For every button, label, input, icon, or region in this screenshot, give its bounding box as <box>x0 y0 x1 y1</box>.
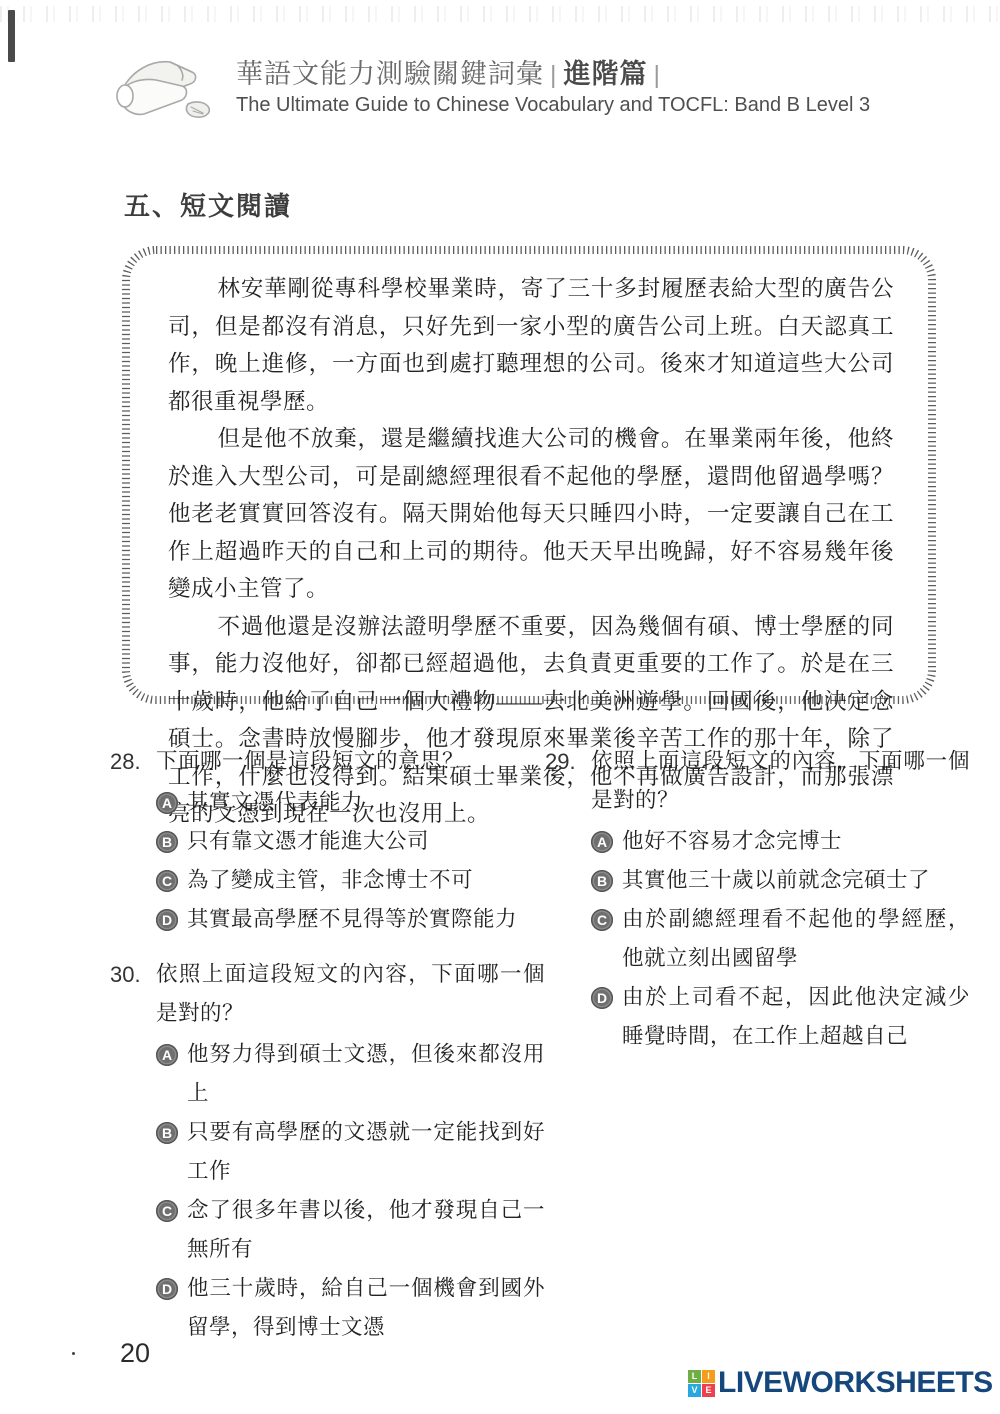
question-28: 28. 下面哪一個是這段短文的意思？ A 其實文憑代表能力 B 只有靠文憑才能進… <box>110 742 545 939</box>
passage-paragraph-1: 林安華剛從專科學校畢業時，寄了三十多封履歷表給大型的廣告公司，但是都沒有消息，只… <box>168 270 894 420</box>
question-30: 30. 依照上面這段短文的內容，下面哪一個是對的？ A 他努力得到碩士文憑，但後… <box>110 955 545 1347</box>
option-text: 他好不容易才念完博士 <box>622 822 970 861</box>
option-badge-d: D <box>591 987 613 1009</box>
book-title-zh: 華語文能力測驗關鍵詞彙|進階篇| <box>236 58 870 90</box>
scan-noise-band <box>0 6 1000 22</box>
option-text: 其實最高學歷不見得等於實際能力 <box>187 900 545 939</box>
liveworksheets-logo-icon: L I V E <box>688 1370 715 1397</box>
option-badge-a: A <box>156 792 178 814</box>
option-28-c: C 為了變成主管，非念博士不可 <box>156 861 545 900</box>
questions-column-right: 29. 依照上面這段短文的內容，下面哪一個是對的？ A 他好不容易才念完博士 B… <box>545 742 970 1347</box>
option-29-b: B 其實他三十歲以前就念完碩士了 <box>591 861 970 900</box>
option-30-c: C 念了很多年書以後，他才發現自己一無所有 <box>156 1191 545 1269</box>
scanned-workbook-page: { "header": { "series_title": "華語文能力測驗關鍵… <box>0 0 1000 1414</box>
option-badge-c: C <box>591 909 613 931</box>
series-title: 華語文能力測驗關鍵詞彙 <box>236 59 544 89</box>
option-text: 只要有高學歷的文憑就一定能找到好工作 <box>187 1113 545 1191</box>
logo-tile-i: I <box>702 1370 715 1383</box>
option-badge-b: B <box>156 1122 178 1144</box>
option-text: 為了變成主管，非念博士不可 <box>187 861 545 900</box>
option-text: 只有靠文憑才能進大公司 <box>187 822 545 861</box>
option-badge-d: D <box>156 909 178 931</box>
questions-section: 28. 下面哪一個是這段短文的意思？ A 其實文憑代表能力 B 只有靠文憑才能進… <box>110 742 970 1347</box>
option-text: 他三十歲時，給自己一個機會到國外留學，得到博士文憑 <box>187 1269 545 1347</box>
reading-passage-box: 林安華剛從專科學校畢業時，寄了三十多封履歷表給大型的廣告公司，但是都沒有消息，只… <box>120 244 938 706</box>
option-badge-c: C <box>156 1200 178 1222</box>
title-divider-2: | <box>654 61 662 89</box>
section-title: 五、短文閱讀 <box>124 186 292 223</box>
option-29-d: D 由於上司看不起，因此他決定減少睡覺時間，在工作上超越自己 <box>591 978 970 1056</box>
question-29: 29. 依照上面這段短文的內容，下面哪一個是對的？ A 他好不容易才念完博士 B… <box>545 742 970 1056</box>
option-badge-a: A <box>156 1044 178 1066</box>
option-28-a: A 其實文憑代表能力 <box>156 783 545 822</box>
option-text: 念了很多年書以後，他才發現自己一無所有 <box>187 1191 545 1269</box>
option-text: 他努力得到碩士文憑，但後來都沒用上 <box>187 1035 545 1113</box>
header-titles: 華語文能力測驗關鍵詞彙|進階篇| The Ultimate Guide to C… <box>236 52 870 117</box>
option-text: 其實他三十歲以前就念完碩士了 <box>622 861 970 900</box>
question-spacer <box>110 939 545 955</box>
option-text: 由於副總經理看不起他的學經歷，他就立刻出國留學 <box>622 900 970 978</box>
scan-dot <box>72 1352 75 1355</box>
questions-column-left: 28. 下面哪一個是這段短文的意思？ A 其實文憑代表能力 B 只有靠文憑才能進… <box>110 742 545 1347</box>
question-29-options: A 他好不容易才念完博士 B 其實他三十歲以前就念完碩士了 C 由於副總經理看不… <box>591 822 970 1056</box>
question-29-number: 29. <box>545 742 591 781</box>
option-badge-b: B <box>156 831 178 853</box>
question-30-text: 依照上面這段短文的內容，下面哪一個是對的？ <box>156 955 545 1033</box>
option-text: 其實文憑代表能力 <box>187 783 545 822</box>
option-badge-d: D <box>156 1278 178 1300</box>
volume-title: 進階篇 <box>564 59 648 89</box>
option-badge-c: C <box>156 870 178 892</box>
logo-tile-e: E <box>702 1384 715 1397</box>
option-28-b: B 只有靠文憑才能進大公司 <box>156 822 545 861</box>
option-text: 由於上司看不起，因此他決定減少睡覺時間，在工作上超越自己 <box>622 978 970 1056</box>
question-30-options: A 他努力得到碩士文憑，但後來都沒用上 B 只要有高學歷的文憑就一定能找到好工作… <box>156 1035 545 1347</box>
title-divider: | <box>550 61 558 89</box>
option-29-a: A 他好不容易才念完博士 <box>591 822 970 861</box>
question-28-options: A 其實文憑代表能力 B 只有靠文憑才能進大公司 C 為了變成主管，非念博士不可… <box>156 783 545 939</box>
page-number: 20 <box>120 1338 150 1369</box>
question-28-text: 下面哪一個是這段短文的意思？ <box>156 742 545 781</box>
option-28-d: D 其實最高學歷不見得等於實際能力 <box>156 900 545 939</box>
passage-paragraph-2: 但是他不放棄，還是繼續找進大公司的機會。在畢業兩年後，他終於進入大型公司，可是副… <box>168 420 894 608</box>
scan-edge-mark <box>8 10 15 62</box>
liveworksheets-logo: L I V E LIVEWORKSHEETS <box>688 1366 993 1400</box>
option-badge-a: A <box>591 831 613 853</box>
option-29-c: C 由於副總經理看不起他的學經歷，他就立刻出國留學 <box>591 900 970 978</box>
option-30-b: B 只要有高學歷的文憑就一定能找到好工作 <box>156 1113 545 1191</box>
question-29-text: 依照上面這段短文的內容，下面哪一個是對的？ <box>591 742 970 820</box>
question-28-number: 28. <box>110 742 156 781</box>
book-subtitle-en: The Ultimate Guide to Chinese Vocabulary… <box>236 94 870 117</box>
page-header: 華語文能力測驗關鍵詞彙|進階篇| The Ultimate Guide to C… <box>108 52 870 138</box>
option-30-d: D 他三十歲時，給自己一個機會到國外留學，得到博士文憑 <box>156 1269 545 1347</box>
logo-tile-l: L <box>688 1370 701 1383</box>
logo-tile-v: V <box>688 1384 701 1397</box>
book-icon <box>108 52 216 138</box>
question-28-body: 下面哪一個是這段短文的意思？ A 其實文憑代表能力 B 只有靠文憑才能進大公司 … <box>156 742 545 939</box>
option-30-a: A 他努力得到碩士文憑，但後來都沒用上 <box>156 1035 545 1113</box>
question-30-body: 依照上面這段短文的內容，下面哪一個是對的？ A 他努力得到碩士文憑，但後來都沒用… <box>156 955 545 1347</box>
liveworksheets-wordmark: LIVEWORKSHEETS <box>718 1366 993 1400</box>
question-30-number: 30. <box>110 955 156 994</box>
question-29-body: 依照上面這段短文的內容，下面哪一個是對的？ A 他好不容易才念完博士 B 其實他… <box>591 742 970 1056</box>
option-badge-b: B <box>591 870 613 892</box>
